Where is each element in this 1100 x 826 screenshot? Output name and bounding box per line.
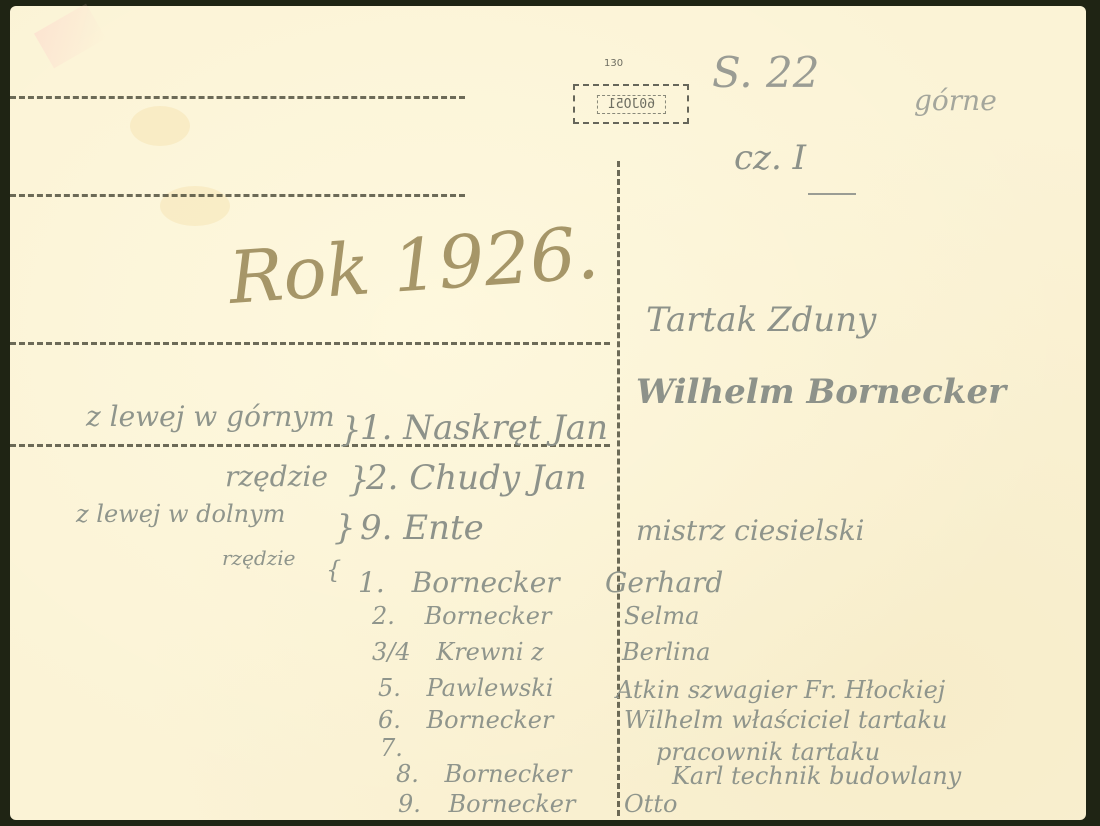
lower-row-note-1: Gerhard (605, 566, 723, 599)
entry-name: Bornecker (427, 706, 554, 734)
bracket: { (326, 556, 341, 584)
entry-name: Chudy Jan (409, 458, 586, 498)
stamp-number: 60JO51 (597, 95, 666, 114)
entry-name: Bornecker (425, 602, 552, 630)
lower-row-entry-1: 1. Bornecker (358, 566, 560, 599)
caption-line-1: Tartak Zduny (646, 300, 876, 340)
entry-number: 9. (360, 508, 392, 548)
entry-number: 2. (372, 602, 395, 630)
entry-number: 1. (360, 408, 392, 448)
shelf-mark: S. 22 (712, 48, 819, 97)
upper-row-label-1: z lewej w górnym (86, 400, 335, 433)
upper-row-label-2: rzędzie (225, 460, 328, 493)
lower-row-note-3: Berlina (622, 638, 710, 666)
entry-number: 2. (366, 458, 398, 498)
address-line-1 (10, 96, 465, 99)
address-line-2 (10, 194, 465, 197)
entry-number: 5. (378, 674, 401, 702)
upper-row-note-3: mistrz ciesielski (636, 514, 865, 547)
stain (160, 186, 230, 226)
entry-number: 7. (380, 734, 403, 762)
lower-row-note-4: Atkin szwagier Fr. Hłockiej (616, 676, 945, 704)
entry-name: Pawlewski (427, 674, 554, 702)
lower-row-entry-5: 6. Bornecker (378, 706, 553, 734)
lower-row-note-8: Otto (624, 790, 677, 818)
part-mark: cz. I (734, 138, 806, 178)
lower-row-entry-4: 5. Pawlewski (378, 674, 553, 702)
lower-row-entry-7: 8. Bornecker (396, 760, 571, 788)
entry-name: Bornecker (412, 566, 560, 599)
entry-name: Ente (403, 508, 484, 548)
entry-number: 8. (396, 760, 419, 788)
upper-row-entry-1: 1. Naskręt Jan (360, 408, 608, 448)
entry-name: Bornecker (445, 760, 572, 788)
caption-line-2: Wilhelm Bornecker (636, 372, 1006, 412)
bracket: } (334, 508, 356, 548)
stamp-top-number: 130 (604, 58, 623, 69)
entry-name: Bornecker (449, 790, 576, 818)
lower-row-entry-6: 7. (380, 734, 403, 762)
upper-row-entry-3: 9. Ente (360, 508, 484, 548)
center-divider-line (617, 161, 620, 816)
lower-row-entry-3: 3/4 Krewni z (372, 638, 544, 666)
bracket: } (340, 410, 362, 450)
stain (130, 106, 190, 146)
upper-row-entry-2: 2. Chudy Jan (366, 458, 587, 498)
entry-number: 3/4 (372, 638, 411, 666)
entry-number: 1. (358, 566, 385, 599)
archive-stamp: 60JO51 (573, 84, 689, 124)
lower-row-entry-2: 2. Bornecker (372, 602, 551, 630)
part-underline (808, 193, 856, 195)
pink-mark (34, 4, 106, 69)
entry-number: 6. (378, 706, 401, 734)
lower-row-note-7: Karl technik budowlany (672, 762, 961, 790)
address-line-3 (10, 342, 610, 345)
lower-row-label-2: rzędzie (222, 546, 296, 570)
position-note: górne (914, 84, 997, 117)
entry-number: 9. (398, 790, 421, 818)
entry-name: Krewni z (436, 638, 544, 666)
lower-row-label-1: z lewej w dolnym (76, 500, 285, 528)
entry-name: Naskręt Jan (403, 408, 608, 448)
lower-row-entry-8: 9. Bornecker (398, 790, 575, 818)
lower-row-note-5: Wilhelm właściciel tartaku (624, 706, 947, 734)
lower-row-note-2: Selma (624, 602, 699, 630)
